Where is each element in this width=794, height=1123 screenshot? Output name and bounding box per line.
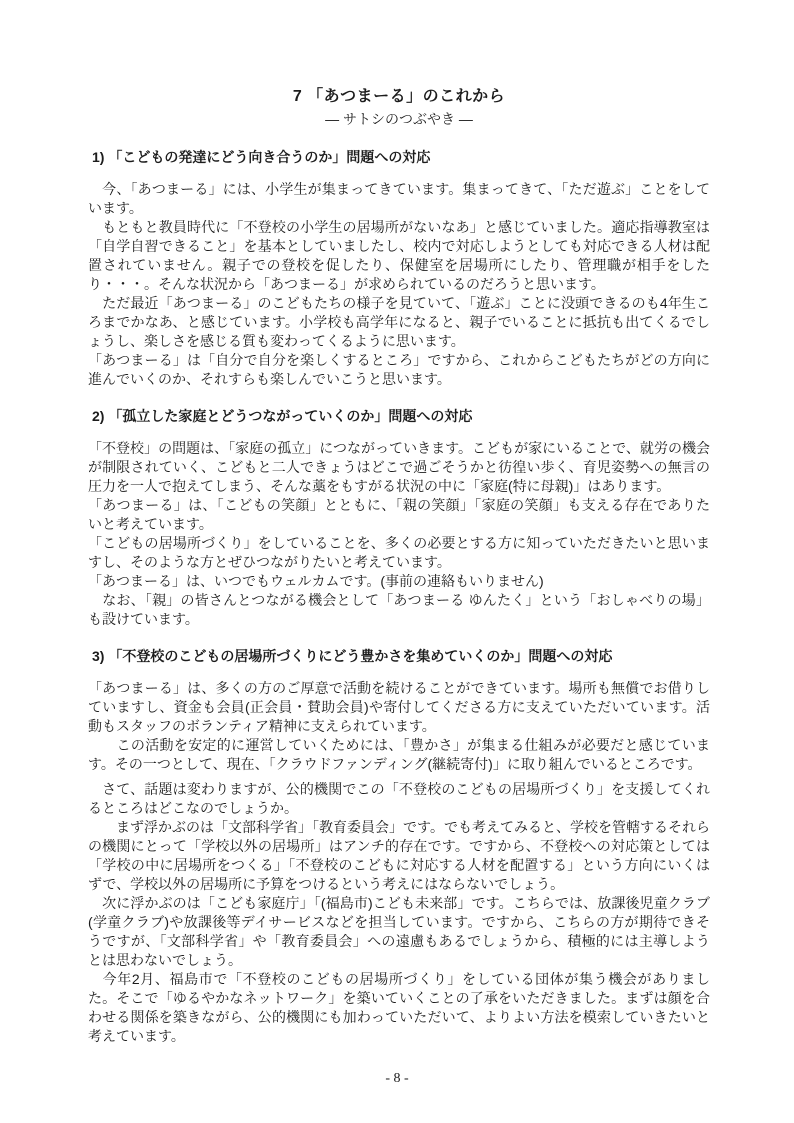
paragraph: もともと教員時代に「不登校の小学生の居場所がないなあ」と感じていました。適応指導… bbox=[88, 218, 710, 294]
paragraph: さて、話題は変わりますが、公的機関でこの「不登校のこどもの居場所づくり」を支援し… bbox=[88, 780, 710, 818]
paragraph: 「不登校」の問題は、「家庭の孤立」につながっていきます。こどもが家にいることで、… bbox=[88, 439, 710, 496]
section-3: 3) 「不登校のこどもの居場所づくりにどう豊かさを集めていくのか」問題への対応 … bbox=[88, 647, 710, 1046]
section-3-body: 「あつまーる」は、多くの方のご厚意で活動を続けることができています。場所も無償で… bbox=[88, 679, 710, 1046]
paragraph: 今、「あつまーる」には、小学生が集まってきています。集まってきて、「ただ遊ぶ」こ… bbox=[88, 180, 710, 218]
paragraph: 今年2月、福島市で「不登校のこどもの居場所づくり」をしている団体が集う機会があり… bbox=[88, 970, 710, 1046]
paragraph: なお、「親」の皆さんとつながる機会として「あつまーる ゆんたく」という「おしゃべ… bbox=[88, 591, 710, 629]
section-2: 2) 「孤立した家庭とどうつながっていくのか」問題への対応 「不登校」の問題は、… bbox=[88, 407, 710, 629]
section-2-body: 「不登校」の問題は、「家庭の孤立」につながっていきます。こどもが家にいることで、… bbox=[88, 439, 710, 629]
paragraph: まず浮かぶのは「文部科学省」「教育委員会」です。でも考えてみると、学校を管轄する… bbox=[88, 818, 710, 894]
section-1-heading: 1) 「こどもの発達にどう向き合うのか」問題への対応 bbox=[88, 148, 710, 167]
document-page: 7 「あつまーる」のこれから ― サトシのつぶやき ― 1) 「こどもの発達にど… bbox=[0, 0, 794, 1123]
paragraph: 「あつまーる」は、「こどもの笑顔」とともに、「親の笑顔」「家庭の笑顔」も支える存… bbox=[88, 496, 710, 534]
paragraph: この活動を安定的に運営していくためには、「豊かさ」が集まる仕組みが必要だと感じて… bbox=[88, 736, 710, 774]
paragraph: 「あつまーる」は、いつでもウェルカムです。(事前の連絡もいりません) bbox=[88, 572, 710, 591]
page-subtitle: ― サトシのつぶやき ― bbox=[88, 110, 710, 129]
paragraph: 「あつまーる」は「自分で自分を楽しくするところ」ですから、これからこどもたちがど… bbox=[88, 351, 710, 389]
page-number: - 8 - bbox=[0, 1070, 794, 1088]
section-1-body: 今、「あつまーる」には、小学生が集まってきています。集まってきて、「ただ遊ぶ」こ… bbox=[88, 180, 710, 389]
section-1: 1) 「こどもの発達にどう向き合うのか」問題への対応 今、「あつまーる」には、小… bbox=[88, 148, 710, 389]
section-2-heading: 2) 「孤立した家庭とどうつながっていくのか」問題への対応 bbox=[88, 407, 710, 426]
page-title: 7 「あつまーる」のこれから bbox=[88, 86, 710, 108]
section-3-heading: 3) 「不登校のこどもの居場所づくりにどう豊かさを集めていくのか」問題への対応 bbox=[88, 647, 710, 666]
paragraph: 次に浮かぶのは「こども家庭庁」「(福島市)こども未来部」です。こちらでは、放課後… bbox=[88, 894, 710, 970]
paragraph: 「こどもの居場所づくり」をしていることを、多くの必要とする方に知っていただきたい… bbox=[88, 534, 710, 572]
paragraph: 「あつまーる」は、多くの方のご厚意で活動を続けることができています。場所も無償で… bbox=[88, 679, 710, 736]
paragraph: ただ最近「あつまーる」のこどもたちの様子を見ていて、「遊ぶ」ことに没頭できるのも… bbox=[88, 294, 710, 351]
